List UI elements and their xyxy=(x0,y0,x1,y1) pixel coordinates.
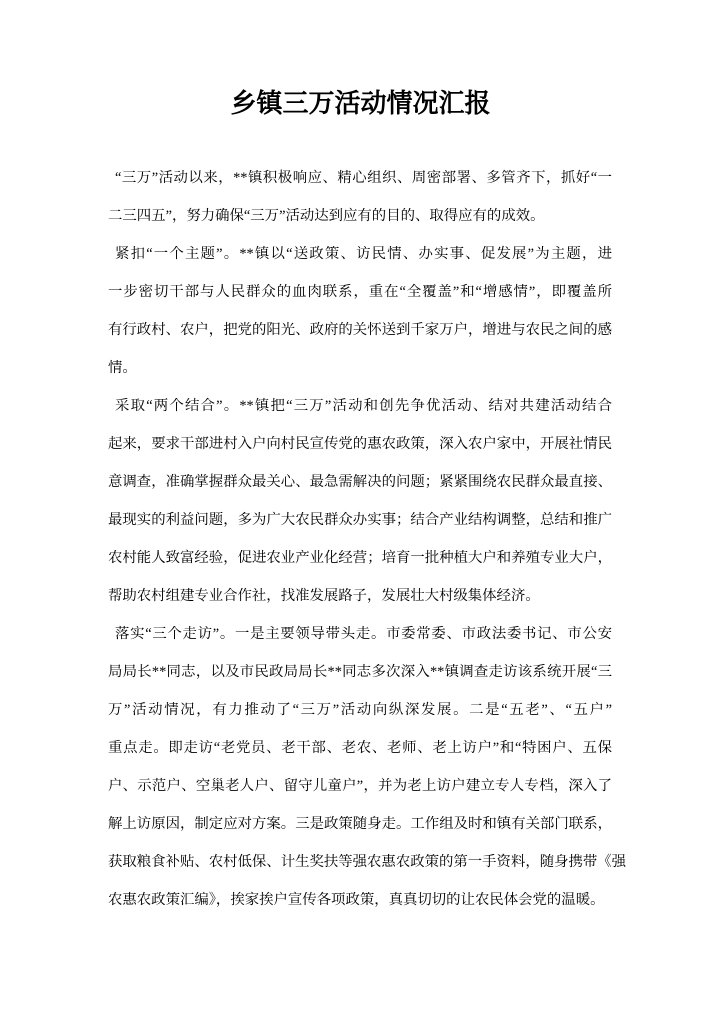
text-line: 一步密切干部与人民群众的血肉联系，重在“全覆盖”和“增感情”，即覆盖所 xyxy=(108,273,612,311)
text-line: 万”活动情况，有力推动了“三万”活动向纵深发展。二是“五老”、“五户” xyxy=(108,691,612,729)
text-line: 农村能人致富经验，促进农业产业化经营；培育一批种植大户和养殖专业大户， xyxy=(108,539,612,577)
text-line: 户、示范户、空巢老人户、留守儿童户”，并为老上访户建立专人专档，深入了 xyxy=(108,767,612,805)
text-line: 起来，要求干部进村入户向村民宣传党的惠农政策，深入农户家中，开展社情民 xyxy=(108,425,612,463)
text-line: 二三四五”，努力确保“三万”活动达到应有的目的、取得应有的成效。 xyxy=(108,197,612,235)
text-line: “三万”活动以来，**镇积极响应、精心组织、周密部署、多管齐下，抓好“一 xyxy=(108,159,612,197)
text-line: 有行政村、农户，把党的阳光、政府的关怀送到千家万户，增进与农民之间的感 xyxy=(108,311,612,349)
paragraph: 落实“三个走访”。一是主要领导带头走。市委常委、市政法委书记、市公安局局长**同… xyxy=(108,615,612,919)
text-line: 局局长**同志，以及市民政局局长**同志多次深入**镇调查走访该系统开展“三 xyxy=(108,653,612,691)
text-line: 落实“三个走访”。一是主要领导带头走。市委常委、市政法委书记、市公安 xyxy=(108,615,612,653)
text-line: 情。 xyxy=(108,349,612,387)
text-line: 采取“两个结合”。**镇把“三万”活动和创先争优活动、结对共建活动结合 xyxy=(108,387,612,425)
document-body: “三万”活动以来，**镇积极响应、精心组织、周密部署、多管齐下，抓好“一二三四五… xyxy=(108,159,612,919)
text-line: 最现实的利益问题，多为广大农民群众办实事；结合产业结构调整，总结和推广 xyxy=(108,501,612,539)
text-line: 获取粮食补贴、农村低保、计生奖扶等强农惠农政策的第一手资料，随身携带《强 xyxy=(108,843,612,881)
document-title: 乡镇三万活动情况汇报 xyxy=(0,90,721,118)
paragraph: 采取“两个结合”。**镇把“三万”活动和创先争优活动、结对共建活动结合起来，要求… xyxy=(108,387,612,615)
text-line: 帮助农村组建专业合作社，找准发展路子，发展壮大村级集体经济。 xyxy=(108,577,612,615)
paragraph: “三万”活动以来，**镇积极响应、精心组织、周密部署、多管齐下，抓好“一二三四五… xyxy=(108,159,612,235)
document-page: 乡镇三万活动情况汇报 “三万”活动以来，**镇积极响应、精心组织、周密部署、多管… xyxy=(0,0,721,1020)
text-line: 紧扣“一个主题”。**镇以“送政策、访民情、办实事、促发展”为主题，进 xyxy=(108,235,612,273)
paragraph: 紧扣“一个主题”。**镇以“送政策、访民情、办实事、促发展”为主题，进一步密切干… xyxy=(108,235,612,387)
text-line: 农惠农政策汇编》，挨家挨户宣传各项政策，真真切切的让农民体会党的温暖。 xyxy=(108,881,612,919)
text-line: 重点走。即走访“老党员、老干部、老农、老师、老上访户”和“特困户、五保 xyxy=(108,729,612,767)
text-line: 解上访原因，制定应对方案。三是政策随身走。工作组及时和镇有关部门联系， xyxy=(108,805,612,843)
text-line: 意调查，准确掌握群众最关心、最急需解决的问题；紧紧围绕农民群众最直接、 xyxy=(108,463,612,501)
